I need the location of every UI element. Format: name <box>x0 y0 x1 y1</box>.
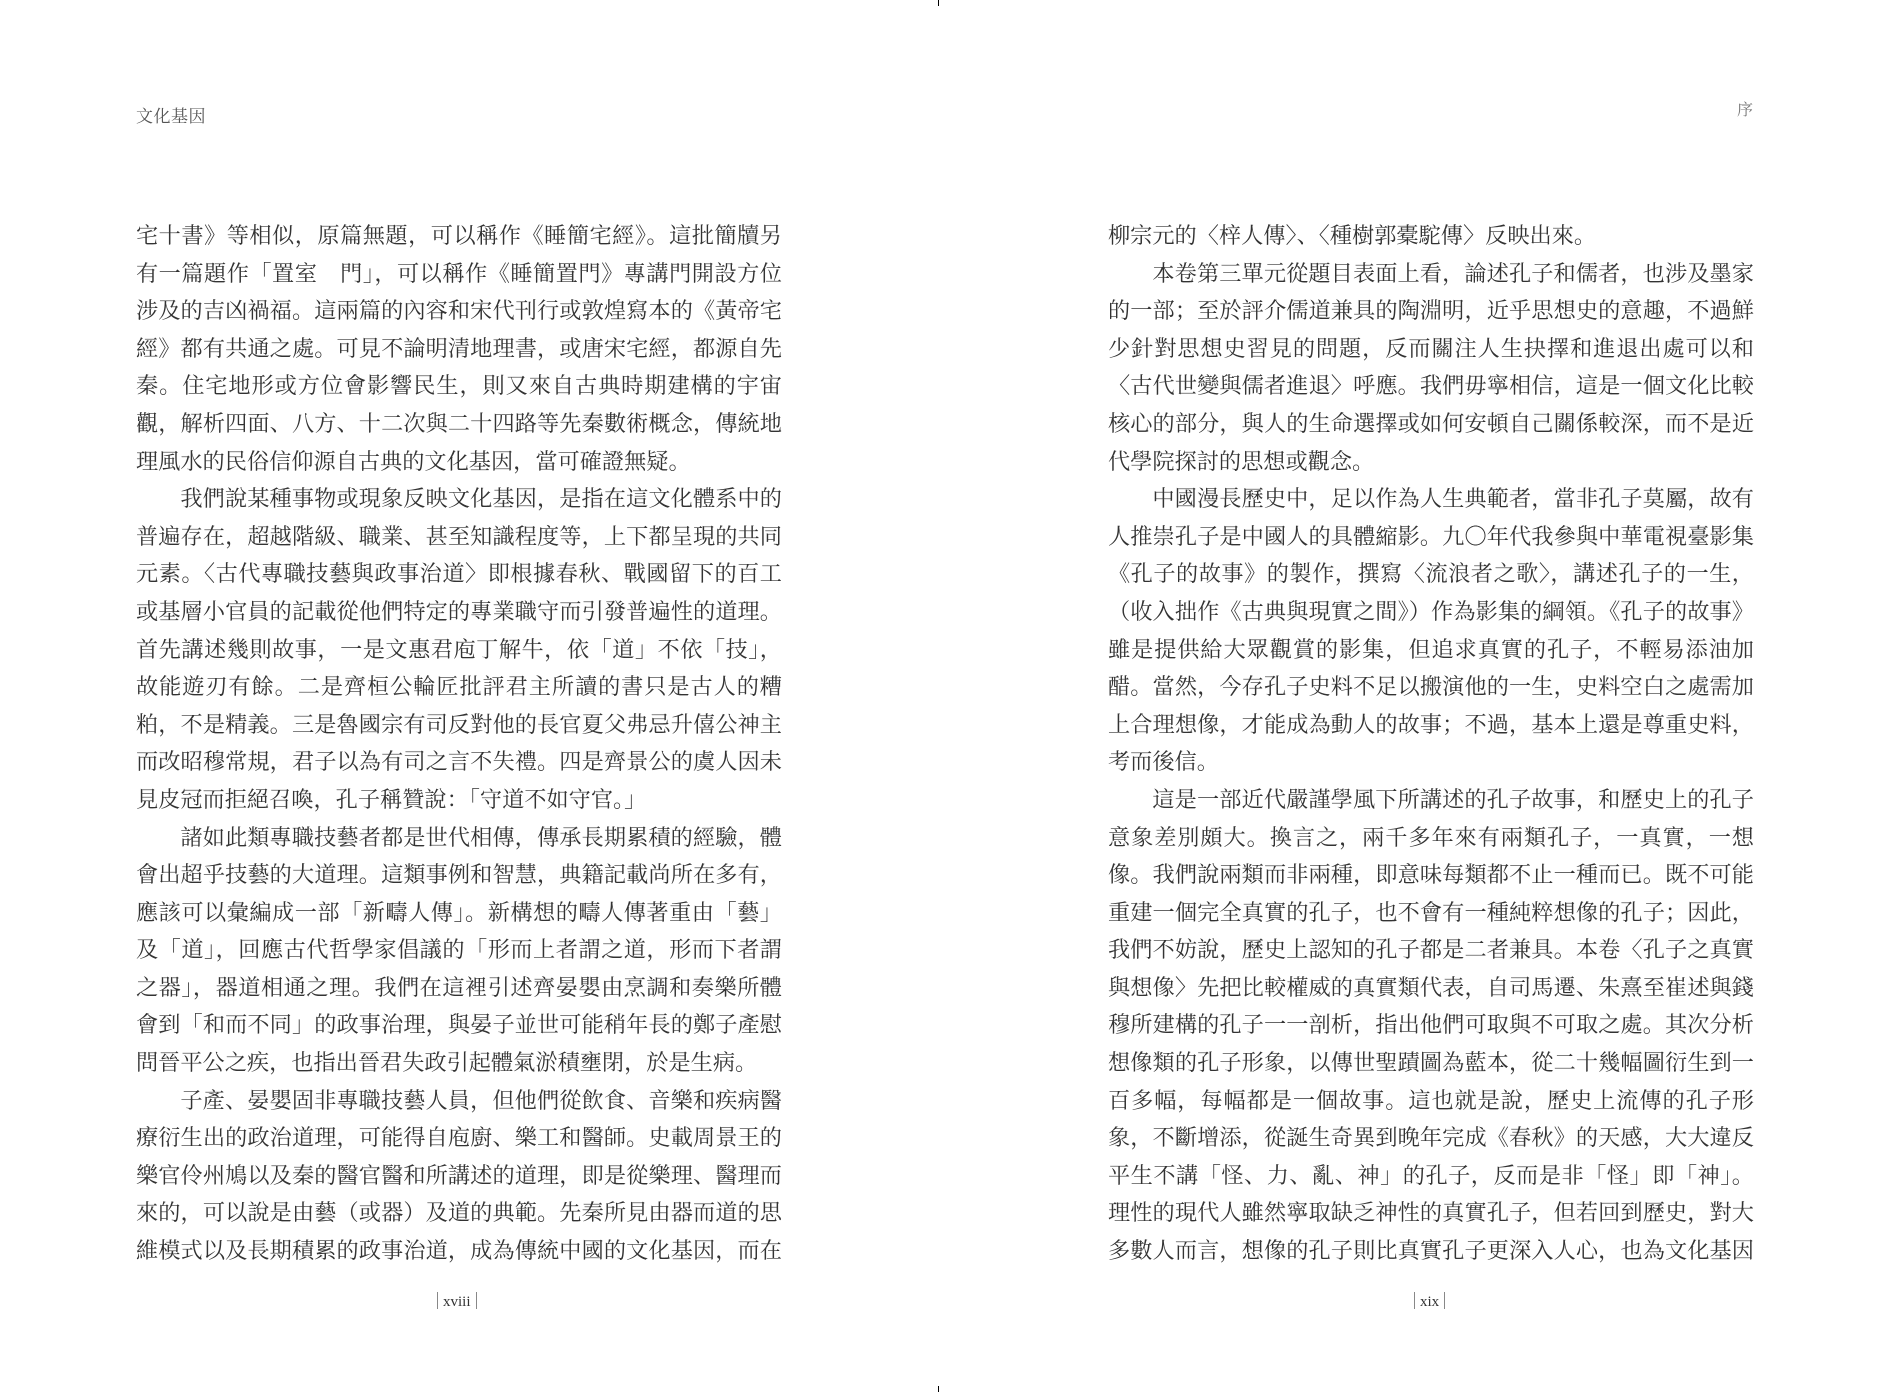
text-line: 與想像〉先把比較權威的真實類代表，自司馬遷、朱熹至崔述與錢 <box>1108 970 1754 1008</box>
text-line: 有一篇題作「置室 門」，可以稱作《睡簡置門》專講門開設方位 <box>136 256 782 294</box>
folio-bar-right <box>1444 1292 1445 1309</box>
running-head-book-title: 文化基因 <box>136 102 206 127</box>
text-line: 意象差別頗大。換言之，兩千多年來有兩類孔子，一真實，一想 <box>1108 820 1754 858</box>
folio-bar-left <box>437 1292 438 1309</box>
text-line: 穆所建構的孔子一一剖析，指出他們可取與不可取之處。其次分析 <box>1108 1007 1754 1045</box>
text-line: 考而後信。 <box>1108 744 1754 782</box>
text-line: 我們說某種事物或現象反映文化基因，是指在這文化體系中的 <box>136 481 782 519</box>
text-line: （收入拙作《古典與現實之間》）作為影集的綱領。《孔子的故事》 <box>1108 594 1754 632</box>
text-line: 雖是提供給大眾觀賞的影集，但追求真實的孔子，不輕易添油加 <box>1108 632 1754 670</box>
text-line: 經》都有共通之處。可見不論明清地理書，或唐宋宅經，都源自先 <box>136 331 782 369</box>
text-line: 粕，不是精義。三是魯國宗有司反對他的長官夏父弗忌升僖公神主 <box>136 707 782 745</box>
text-line: 像。我們說兩類而非兩種，即意味每類都不止一種而已。既不可能 <box>1108 857 1754 895</box>
text-line: 及「道」，回應古代哲學家倡議的「形而上者謂之道，形而下者謂 <box>136 932 782 970</box>
text-line: 療衍生出的政治道理，可能得自庖廚、樂工和醫師。史載周景王的 <box>136 1120 782 1158</box>
folio-text: xviii <box>443 1294 471 1310</box>
page-number-left: xviii <box>432 1292 482 1311</box>
text-line: 會到「和而不同」的政事治理，與晏子並世可能稍年長的鄭子產慰 <box>136 1007 782 1045</box>
right-page-body: 柳宗元的〈梓人傳〉、〈種樹郭橐駝傳〉反映出來。本卷第三單元從題目表面上看，論述孔… <box>1108 218 1754 1271</box>
text-line: 元素。〈古代專職技藝與政事治道〉即根據春秋、戰國留下的百工 <box>136 556 782 594</box>
text-line: 諸如此類專職技藝者都是世代相傳，傳承長期累積的經驗，體 <box>136 820 782 858</box>
text-line: 《孔子的故事》的製作，撰寫〈流浪者之歌〉，講述孔子的一生， <box>1108 556 1754 594</box>
text-line: 想像類的孔子形象，以傳世聖蹟圖為藍本，從二十幾幅圖衍生到一 <box>1108 1045 1754 1083</box>
text-line: 多數人而言，想像的孔子則比真實孔子更深入人心，也為文化基因 <box>1108 1233 1754 1271</box>
folio-bar-right <box>476 1292 477 1309</box>
text-line: 觀，解析四面、八方、十二次與二十四路等先秦數術概念，傳統地 <box>136 406 782 444</box>
text-line: 涉及的吉凶禍福。這兩篇的內容和宋代刊行或敦煌寫本的《黃帝宅 <box>136 293 782 331</box>
text-line: 之器」，器道相通之理。我們在這裡引述齊晏嬰由烹調和奏樂所體 <box>136 970 782 1008</box>
text-line: 象，不斷增添，從誕生奇異到晚年完成《春秋》的天感，大大違反 <box>1108 1120 1754 1158</box>
text-line: 上合理想像，才能成為動人的故事；不過，基本上還是尊重史料， <box>1108 707 1754 745</box>
text-line: 代學院探討的思想或觀念。 <box>1108 444 1754 482</box>
left-page-body: 宅十書》等相似，原篇無題，可以稱作《睡簡宅經》。這批簡牘另有一篇題作「置室 門」… <box>136 218 782 1271</box>
text-line: 理性的現代人雖然寧取缺乏神性的真實孔子，但若回到歷史，對大 <box>1108 1195 1754 1233</box>
text-line: 問晉平公之疾，也指出晉君失政引起體氣淤積壅閉，於是生病。 <box>136 1045 782 1083</box>
text-line: 秦。住宅地形或方位會影響民生，則又來自古典時期建構的宇宙 <box>136 368 782 406</box>
text-line: 故能遊刃有餘。二是齊桓公輪匠批評君主所讀的書只是古人的糟 <box>136 669 782 707</box>
text-line: 這是一部近代嚴謹學風下所講述的孔子故事，和歷史上的孔子 <box>1108 782 1754 820</box>
page-number-right: xix <box>1409 1292 1450 1311</box>
text-line: 柳宗元的〈梓人傳〉、〈種樹郭橐駝傳〉反映出來。 <box>1108 218 1754 256</box>
text-line: 平生不講「怪、力、亂、神」的孔子，反而是非「怪」即「神」。 <box>1108 1158 1754 1196</box>
text-line: 的一部；至於評介儒道兼具的陶淵明，近乎思想史的意趣，不過鮮 <box>1108 293 1754 331</box>
text-line: 首先講述幾則故事，一是文惠君庖丁解牛，依「道」不依「技」， <box>136 632 782 670</box>
text-line: 重建一個完全真實的孔子，也不會有一種純粹想像的孔子；因此， <box>1108 895 1754 933</box>
left-page: 文化基因 宅十書》等相似，原篇無題，可以稱作《睡簡宅經》。這批簡牘另有一篇題作「… <box>0 0 939 1392</box>
text-line: 百多幅，每幅都是一個故事。這也就是說，歷史上流傳的孔子形 <box>1108 1083 1754 1121</box>
text-line: 而改昭穆常規，君子以為有司之言不失禮。四是齊景公的虞人因未 <box>136 744 782 782</box>
text-line: 普遍存在，超越階級、職業、甚至知識程度等，上下都呈現的共同 <box>136 519 782 557</box>
text-line: 理風水的民俗信仰源自古典的文化基因，當可確證無疑。 <box>136 444 782 482</box>
text-line: 維模式以及長期積累的政事治道，成為傳統中國的文化基因，而在 <box>136 1233 782 1271</box>
text-line: 中國漫長歷史中，足以作為人生典範者，當非孔子莫屬，故有 <box>1108 481 1754 519</box>
running-head-chapter-title: 序 <box>1737 97 1754 120</box>
text-line: 〈古代世變與儒者進退〉呼應。我們毋寧相信，這是一個文化比較 <box>1108 368 1754 406</box>
folio-bar-left <box>1414 1292 1415 1309</box>
text-line: 醋。當然，今存孔子史料不足以搬演他的一生，史料空白之處需加 <box>1108 669 1754 707</box>
text-line: 我們不妨說，歷史上認知的孔子都是二者兼具。本卷〈孔子之真實 <box>1108 932 1754 970</box>
text-line: 子產、晏嬰固非專職技藝人員，但他們從飲食、音樂和疾病醫 <box>136 1083 782 1121</box>
text-line: 本卷第三單元從題目表面上看，論述孔子和儒者，也涉及墨家 <box>1108 256 1754 294</box>
text-line: 宅十書》等相似，原篇無題，可以稱作《睡簡宅經》。這批簡牘另 <box>136 218 782 256</box>
text-line: 人推崇孔子是中國人的具體縮影。九〇年代我參與中華電視臺影集 <box>1108 519 1754 557</box>
text-line: 核心的部分，與人的生命選擇或如何安頓自己關係較深，而不是近 <box>1108 406 1754 444</box>
right-page: 序 柳宗元的〈梓人傳〉、〈種樹郭橐駝傳〉反映出來。本卷第三單元從題目表面上看，論… <box>939 0 1878 1392</box>
text-line: 應該可以彙編成一部「新疇人傳」。新構想的疇人傳著重由「藝」 <box>136 895 782 933</box>
folio-text: xix <box>1420 1294 1439 1310</box>
book-spread: 文化基因 宅十書》等相似，原篇無題，可以稱作《睡簡宅經》。這批簡牘另有一篇題作「… <box>0 0 1878 1392</box>
text-line: 樂官伶州鳩以及秦的醫官醫和所講述的道理，即是從樂理、醫理而 <box>136 1158 782 1196</box>
text-line: 見皮冠而拒絕召喚，孔子稱贊說：「守道不如守官。」 <box>136 782 782 820</box>
text-line: 少針對思想史習見的問題，反而關注人生抉擇和進退出處可以和 <box>1108 331 1754 369</box>
text-line: 或基層小官員的記載從他們特定的專業職守而引發普遍性的道理。 <box>136 594 782 632</box>
text-line: 會出超乎技藝的大道理。這類事例和智慧，典籍記載尚所在多有， <box>136 857 782 895</box>
text-line: 來的，可以說是由藝（或器）及道的典範。先秦所見由器而道的思 <box>136 1195 782 1233</box>
